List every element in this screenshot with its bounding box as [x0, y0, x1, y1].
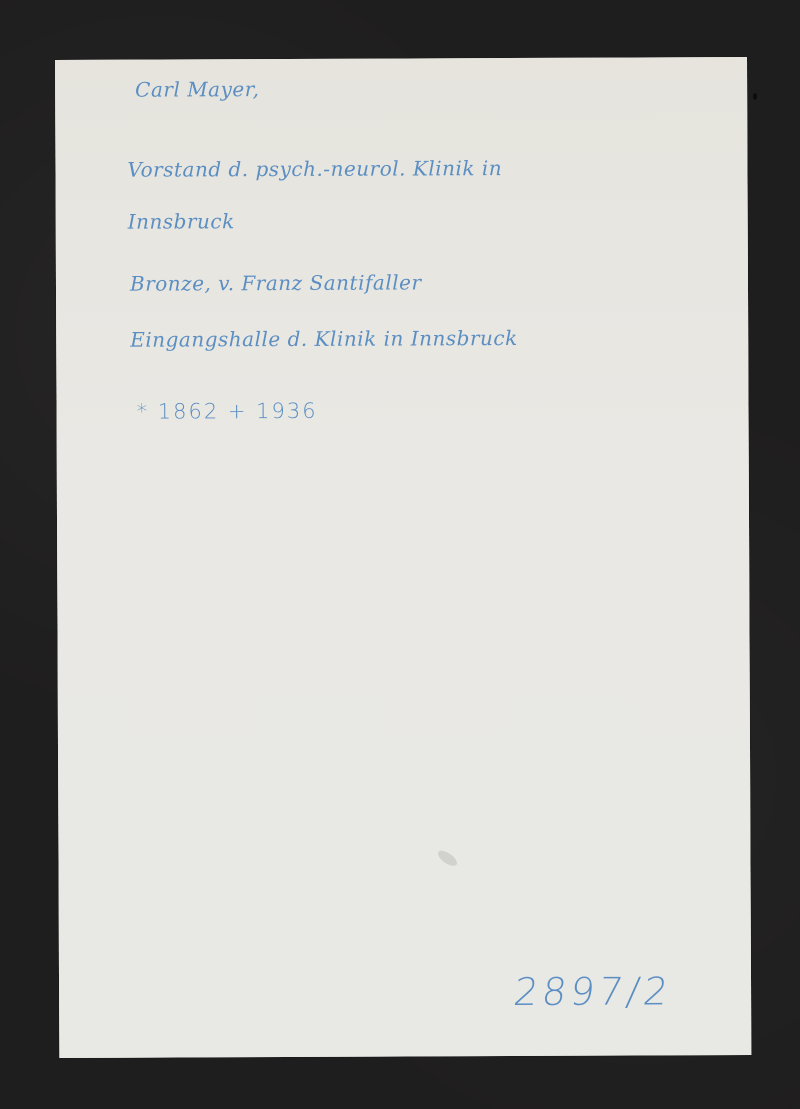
edge-mark	[753, 93, 757, 100]
catalog-number: 2897/2	[511, 969, 675, 1014]
location-line: Eingangshalle d. Klinik in Innsbruck	[130, 326, 518, 352]
position-line: Vorstand d. psych.-neurol. Klinik in	[127, 156, 502, 182]
material-artist-line: Bronze, v. Franz Santifaller	[130, 270, 422, 295]
name-line: Carl Mayer,	[135, 77, 259, 102]
lifespan-line: * 1862 + 1936	[136, 399, 317, 424]
archive-card: Carl Mayer, Vorstand d. psych.-neurol. K…	[55, 57, 751, 1058]
paper-speck	[436, 848, 460, 869]
city-line: Innsbruck	[128, 209, 235, 233]
